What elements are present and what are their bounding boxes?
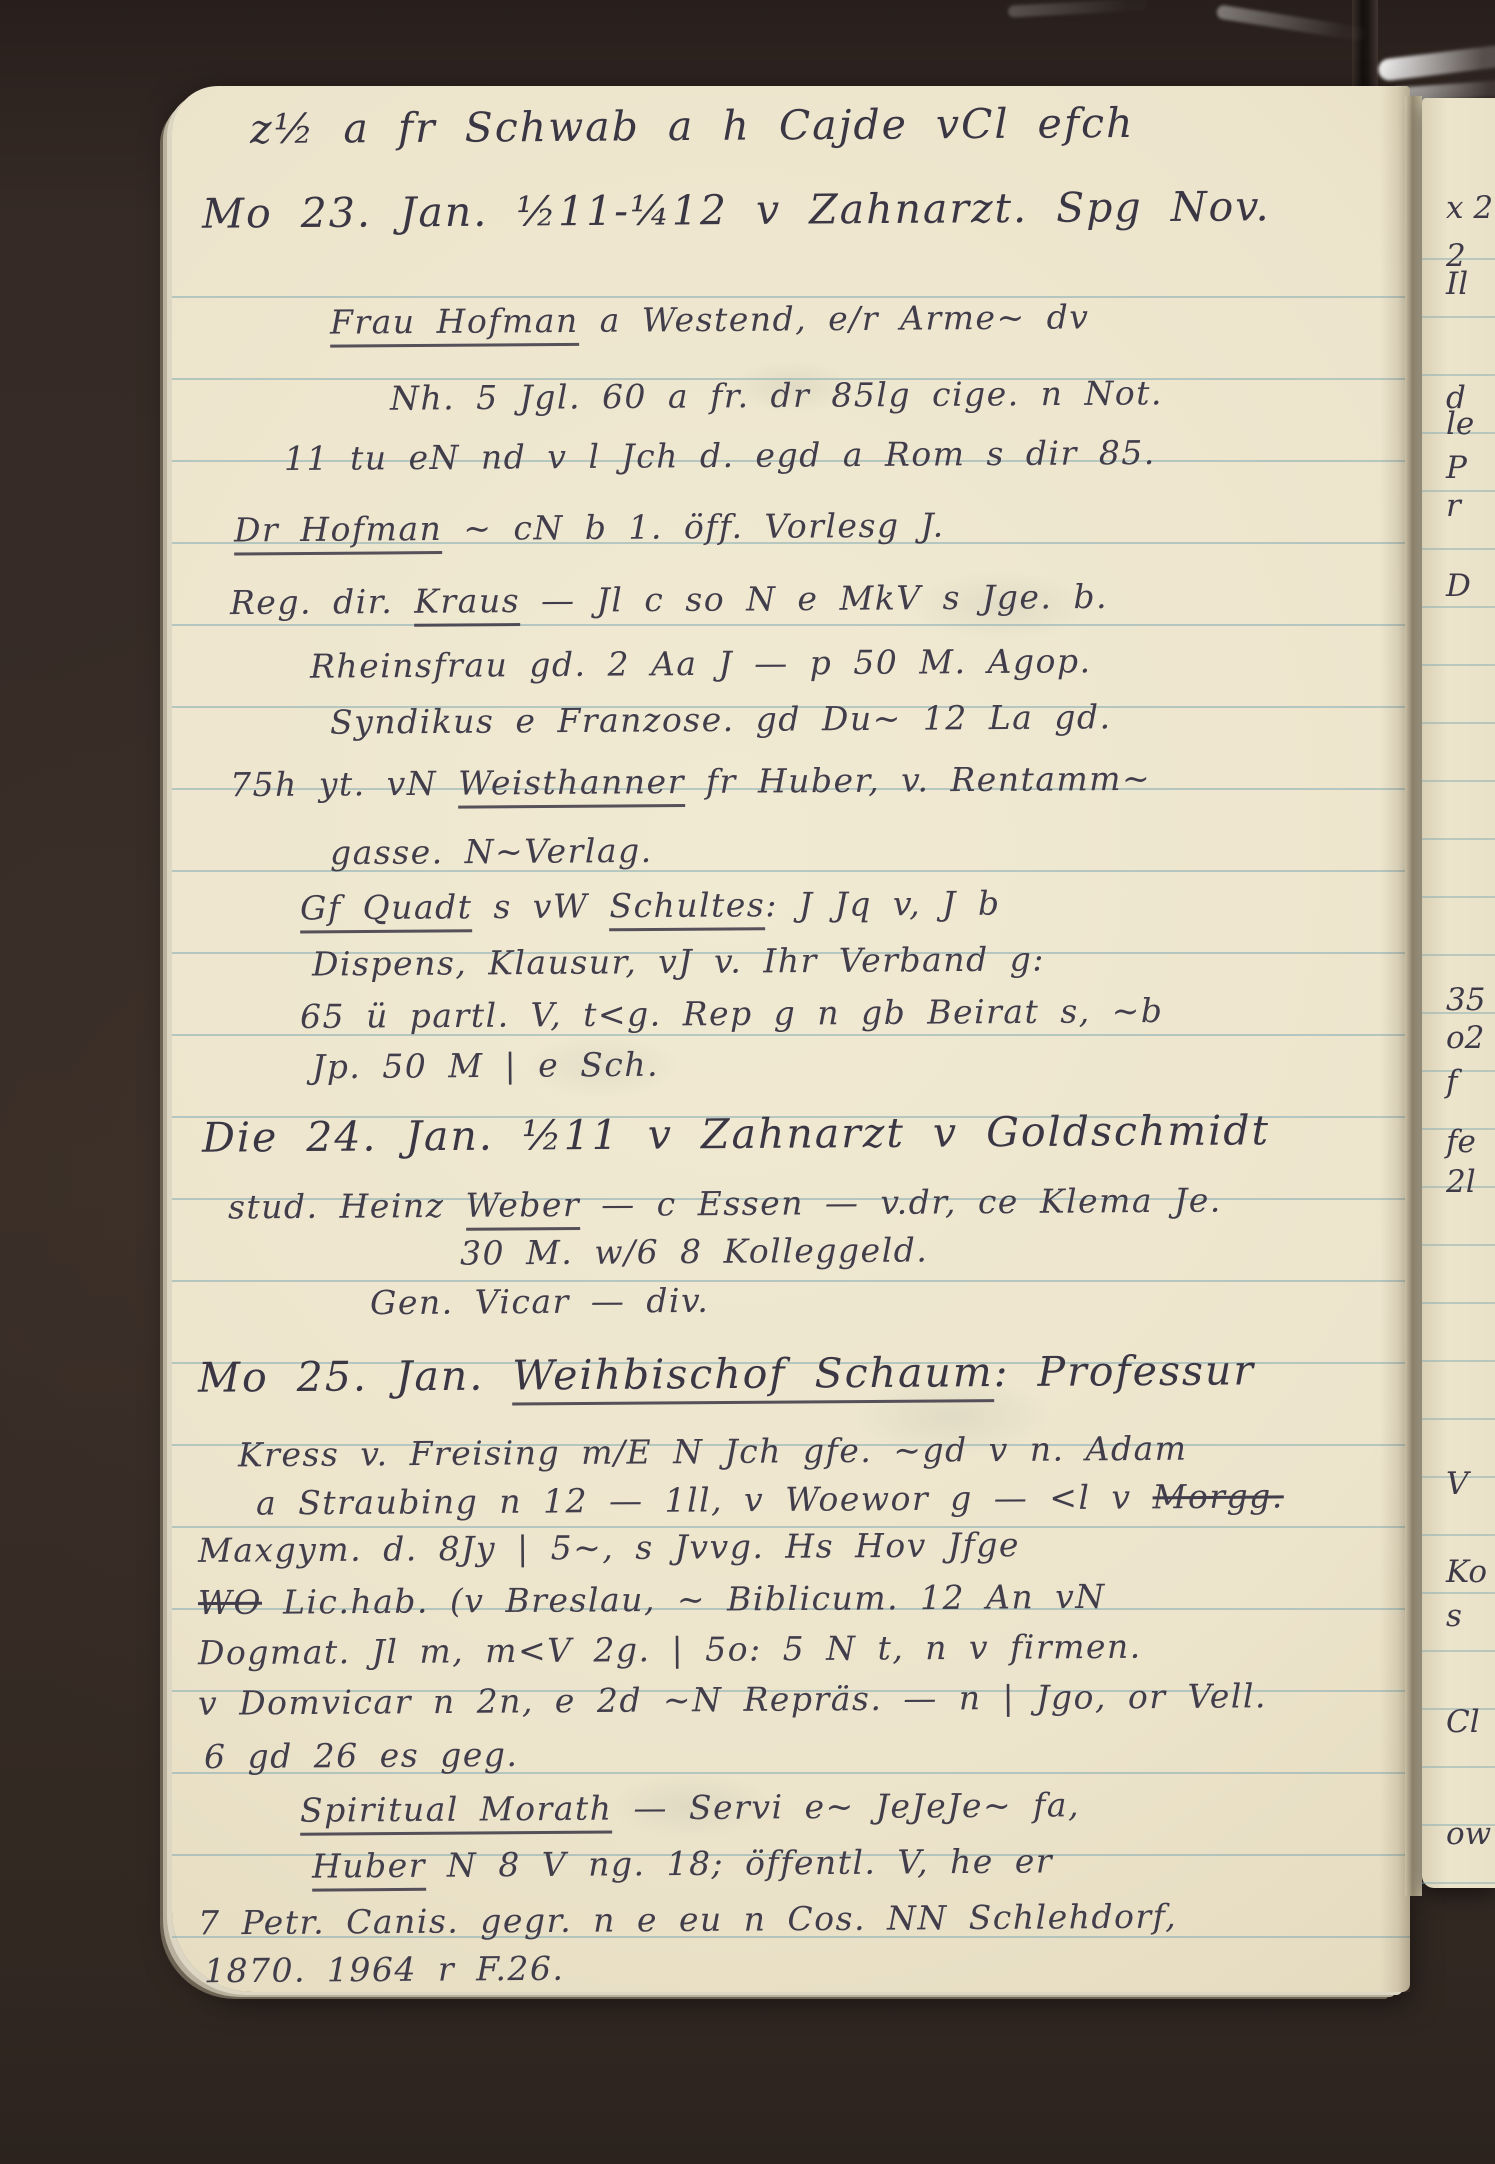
scanned-diary-photo: z½ a fr Schwab a h Cajde vCl efchMo 23. … [0,0,1495,2164]
manuscript-line: Maxgym. d. 8Jy | 5~, s Jvvg. Hs Hov Jfge [198,1525,1020,1570]
manuscript-line: 11 tu eN nd v l Jch d. egd a Rom s dir 8… [284,433,1156,478]
manuscript-line: stud. Heinz Weber — c Essen — v.dr, ce K… [228,1181,1222,1227]
text-segment: z½ a fr Schwab a h Cajde vCl efch [250,99,1135,153]
text-segment: 11 tu eN nd v l Jch d. egd a Rom s dir 8… [284,433,1156,478]
text-segment: 65 ü partl. V, t<g. Rep g n gb Beirat s,… [300,991,1164,1036]
manuscript-line: Mo 25. Jan. Weihbischof Schaum: Professu… [198,1346,1255,1401]
notebook-page-right-edge: x 22IldlePrD35o2ffe2lVKosClow [1422,98,1495,1888]
text-segment: : Professur [994,1346,1256,1396]
manuscript-line: v Domvicar n 2n, e 2d ~N Repräs. — n | J… [198,1676,1267,1722]
underlined-name: Spiritual Morath [300,1789,613,1836]
manuscript-line: Syndikus e Franzose. gd Du~ 12 La gd. [330,697,1112,741]
manuscript-line: 65 ü partl. V, t<g. Rep g n gb Beirat s,… [300,991,1164,1036]
facing-page-text-fragment: o2 [1446,1020,1484,1056]
text-segment: Lic.hab. (v Breslau, ~ Biblicum. 12 An v… [262,1577,1106,1622]
underlined-name: Weihbischof Schaum [512,1348,994,1405]
text-segment: Rheinsfrau gd. 2 Aa J — p 50 M. Agop. [310,641,1092,685]
text-segment: : J Jq v, J b [765,884,1001,925]
text-segment: Mo 23. Jan. ½11-¼12 v Zahnarzt. Spg Nov. [202,182,1271,237]
manuscript-line: Dr Hofman ~ cN b 1. öff. Vorlesg J. [234,506,945,550]
manuscript-line: Rheinsfrau gd. 2 Aa J — p 50 M. Agop. [310,641,1092,685]
manuscript-line: Reg. dir. Kraus — Jl c so N e MkV s Jge.… [230,577,1108,622]
manuscript-line: Jp. 50 M | e Sch. [312,1045,659,1086]
struck-word: Morgg. [1152,1476,1283,1516]
facing-page-text-fragment: x 2 [1446,190,1493,226]
text-segment: Dispens, Klausur, vJ v. Ihr Verband g: [312,939,1045,983]
text-segment: Kress v. Freising m/E N Jch gfe. ~gd v n… [238,1429,1188,1475]
cellophane-glare [1008,0,1148,18]
manuscript-line: z½ a fr Schwab a h Cajde vCl efch [250,99,1135,153]
manuscript-line: Gen. Vicar — div. [370,1281,710,1322]
underlined-name: Weisthanner [458,762,685,809]
manuscript-line: Frau Hofman a Westend, e/r Arme~ dv [330,297,1090,341]
facing-page-text-fragment: V [1446,1466,1468,1502]
facing-page-text-fragment: 35 [1446,982,1485,1018]
text-segment: Gen. Vicar — div. [370,1281,710,1322]
manuscript-line: Die 24. Jan. ½11 v Zahnarzt v Goldschmid… [202,1106,1270,1161]
text-segment: 1870. 1964 r F.26. [204,1949,565,1991]
facing-page-text-fragment: D [1446,568,1471,604]
facing-page-text-fragment: le [1446,406,1474,442]
facing-page-text-fragment: Il [1446,266,1468,302]
manuscript-line: Dispens, Klausur, vJ v. Ihr Verband g: [312,939,1045,983]
manuscript-line: Kress v. Freising m/E N Jch gfe. ~gd v n… [238,1429,1188,1475]
manuscript-line: Gf Quadt s vW Schultes: J Jq v, J b [300,884,1001,928]
underlined-name: Weber [465,1185,580,1231]
struck-word: WO [198,1583,262,1622]
facing-page-text-fragment: 2l [1446,1164,1476,1200]
text-segment: 75h yt. vN [230,764,458,805]
facing-page-text-fragment: r [1446,488,1461,524]
facing-page-text-fragment: Ko [1446,1554,1487,1590]
text-segment: stud. Heinz [228,1186,466,1227]
manuscript-line: Mo 23. Jan. ½11-¼12 v Zahnarzt. Spg Nov. [202,182,1271,237]
facing-page-text-fragment: ow [1446,1816,1491,1852]
underlined-name: Gf Quadt [300,887,473,933]
manuscript-text: z½ a fr Schwab a h Cajde vCl efchMo 23. … [172,86,1410,1992]
text-segment: v Domvicar n 2n, e 2d ~N Repräs. — n | J… [198,1676,1267,1722]
manuscript-line: Spiritual Morath — Servi e~ JeJeJe~ fa, [300,1785,1080,1829]
manuscript-line: a Straubing n 12 — 1ll, v Woewor g — <l … [256,1476,1284,1522]
cellophane-glare [1216,4,1366,41]
underlined-name: Dr Hofman [234,509,443,555]
manuscript-line: gasse. N~Verlag. [330,831,653,872]
manuscript-line: Nh. 5 Jgl. 60 a fr. dr 85lg cige. n Not. [390,373,1163,417]
text-segment: N 8 V ng. 18; öffentl. V, he er [426,1841,1053,1884]
underlined-name: Schultes [609,885,765,931]
text-segment: 30 M. w/6 8 Kolleggeld. [460,1230,929,1272]
manuscript-line: 7 Petr. Canis. gegr. n e eu n Cos. NN Sc… [198,1897,1177,1943]
text-segment: Die 24. Jan. ½11 v Zahnarzt v Goldschmid… [202,1106,1270,1161]
text-segment: — c Essen — v.dr, ce Klema Je. [580,1181,1222,1224]
notebook-page-left: z½ a fr Schwab a h Cajde vCl efchMo 23. … [172,86,1410,1992]
cellophane-glare [1377,44,1495,82]
manuscript-line: 30 M. w/6 8 Kolleggeld. [460,1230,929,1272]
text-segment: 7 Petr. Canis. gegr. n e eu n Cos. NN Sc… [198,1897,1177,1943]
text-segment: Maxgym. d. 8Jy | 5~, s Jvvg. Hs Hov Jfge [198,1525,1020,1570]
gutter-crease [1405,96,1422,1896]
text-segment: — Servi e~ JeJeJe~ fa, [612,1785,1080,1827]
text-segment: 6 gd 26 es geg. [204,1735,519,1776]
manuscript-line: WO Lic.hab. (v Breslau, ~ Biblicum. 12 A… [198,1577,1106,1622]
underlined-name: Frau Hofman [330,301,579,348]
text-segment: gasse. N~Verlag. [330,831,653,872]
text-segment: fr Huber, v. Rentamm~ [685,759,1152,801]
facing-page-text-fragment: s [1446,1598,1462,1634]
manuscript-line: Dogmat. Jl m, m<V 2g. | 5o: 5 N t, n v f… [198,1627,1142,1673]
manuscript-line: 6 gd 26 es geg. [204,1735,519,1776]
underlined-name: Kraus [414,581,520,627]
text-segment: Reg. dir. [230,582,415,622]
text-segment: Jp. 50 M | e Sch. [312,1045,659,1086]
text-segment: a Westend, e/r Arme~ dv [579,297,1090,340]
manuscript-line: 1870. 1964 r F.26. [204,1949,565,1991]
manuscript-line: 75h yt. vN Weisthanner fr Huber, v. Rent… [230,759,1151,804]
manuscript-line: Huber N 8 V ng. 18; öffentl. V, he er [312,1841,1053,1885]
text-segment: Dogmat. Jl m, m<V 2g. | 5o: 5 N t, n v f… [198,1627,1142,1673]
text-segment: Nh. 5 Jgl. 60 a fr. dr 85lg cige. n Not. [390,373,1163,417]
text-segment: — Jl c so N e MkV s Jge. b. [520,577,1108,620]
text-segment: ~ cN b 1. öff. Vorlesg J. [442,506,945,549]
text-segment: a Straubing n 12 — 1ll, v Woewor g — <l … [256,1477,1153,1522]
text-segment: Mo 25. Jan. [198,1351,513,1401]
underlined-name: Huber [312,1846,426,1892]
facing-page-text-fragment: f [1446,1064,1457,1100]
facing-page-text-fragment: fe [1446,1124,1476,1160]
text-segment: s vW [472,886,609,926]
facing-page-text-fragment: P [1446,450,1467,486]
text-segment: Syndikus e Franzose. gd Du~ 12 La gd. [330,697,1112,741]
facing-page-text-fragment: Cl [1446,1704,1480,1740]
